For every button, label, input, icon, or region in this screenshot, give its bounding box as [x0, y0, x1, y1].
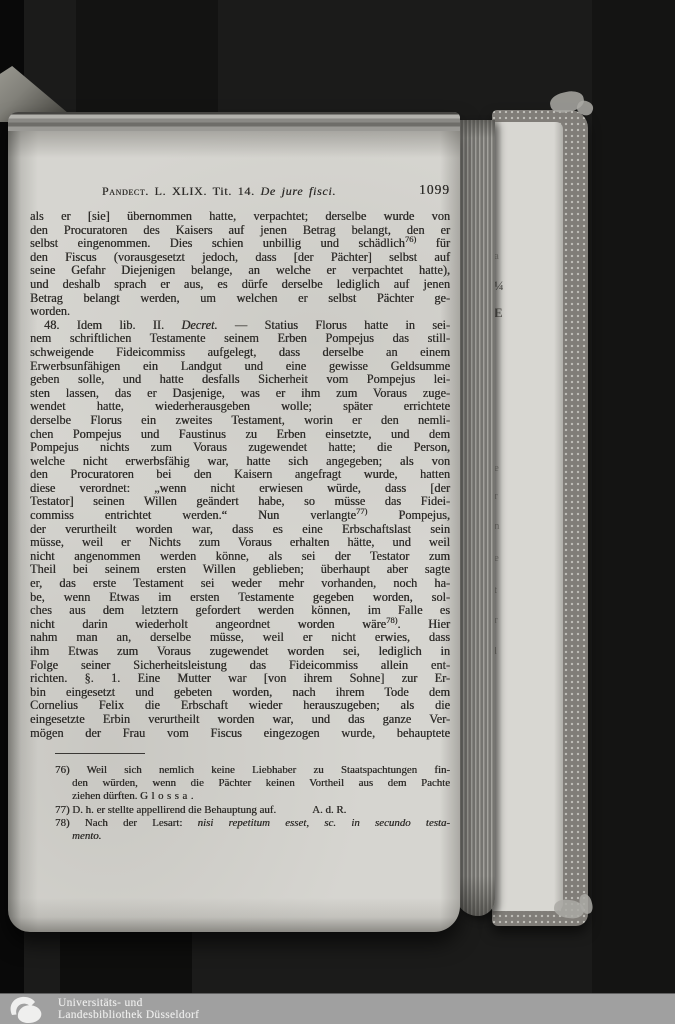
library-bar: Universitäts- und Landesbibliothek Düsse… — [0, 993, 675, 1024]
body-text-line: be, wenn Etwas im ersten Testamente gege… — [30, 591, 450, 605]
body-text-line: wendet hatte, wiederherausgeben wolle; s… — [30, 400, 450, 414]
body-text-line: ihm Etwas zum Voraus zugewendet worden s… — [30, 645, 450, 659]
body-text-line: Theil bei seinem ersten Willen geblieben… — [30, 563, 450, 577]
body-text-line: commiss entrichtet werden.“ Nun verlangt… — [30, 509, 450, 523]
running-head-title: Pandect. L. XLIX. Tit. 14. De jure fisci… — [102, 184, 336, 198]
library-name: Universitäts- und Landesbibliothek Düsse… — [58, 997, 199, 1022]
body-text-line: sten lassen, das er Dasjenige, was er ih… — [30, 387, 450, 401]
body-text-line: nicht darin wiederholt angeordnet worden… — [30, 618, 450, 632]
backdrop-right-area — [592, 0, 675, 1024]
body-text-line: Pompejus nichts zum Voraus zugewendet ha… — [30, 441, 450, 455]
footnote-line: 78) Nach der Lesart: nisi repetitum esse… — [55, 817, 450, 830]
body-text-line: er, das erste Testament sei weder mehr v… — [30, 577, 450, 591]
backdrop-bottom-shadow — [60, 932, 192, 994]
body-text-line: selbst eingenommen. Dies schien unbillig… — [30, 237, 450, 251]
body-text-line: diese verordnet: „wenn nicht erwiesen wü… — [30, 482, 450, 496]
body-text-line: Erwerbsunfähigen ein Landgut und eine ge… — [30, 360, 450, 374]
footnote-line: mento. — [55, 830, 450, 843]
backdrop-shadow-column — [76, 0, 218, 122]
body-text-line: Folge seiner Sicherheitsleistung das Fid… — [30, 659, 450, 673]
body-text-line: derselbe Florus ein zweites Testament, w… — [30, 414, 450, 428]
running-head-work: Pandect. — [102, 184, 149, 198]
footnotes: 76) Weil sich nemlich keine Liebhaber zu… — [55, 764, 450, 843]
running-head: Pandect. L. XLIX. Tit. 14. De jure fisci… — [30, 184, 450, 200]
footnote-line: 77) D. h. er stellte appellirend die Beh… — [55, 804, 450, 817]
body-text-line: nem schriftlichen Testamente seinem Erbe… — [30, 332, 450, 346]
library-name-line2: Landesbibliothek Düsseldorf — [58, 1009, 199, 1022]
edge-bleed-mark: E — [494, 305, 503, 321]
footnote-line: ziehen dürften. Glossa. — [55, 790, 450, 803]
body-text-line: den Procuratoren bei den Kaisern angefra… — [30, 468, 450, 482]
body-text-line: als er [sie] übernommen hatte, verpachte… — [30, 210, 450, 224]
footnote-line: 76) Weil sich nemlich keine Liebhaber zu… — [55, 764, 450, 777]
body-text-line: nicht angenommen werden könne, als sei d… — [30, 550, 450, 564]
page-number: 1099 — [419, 182, 450, 198]
body-text-line: müsse, weil er Nichts zum Voraus erhalte… — [30, 536, 450, 550]
body-text-line: der verurtheilt worden war, dass es eine… — [30, 523, 450, 537]
library-logo-icon — [4, 994, 52, 1024]
footnote-line: den würden, wenn die Pächter keinen Vort… — [55, 777, 450, 790]
book-scan-viewport: a¼Eernetrl Pandect. L. XLIX. Tit. 14. De… — [0, 0, 675, 1024]
body-text-line: schweigende Fideicommiss aufgelegt, dass… — [30, 346, 450, 360]
body-text-line: richten. §. 1. Eine Mutter war [von ihre… — [30, 672, 450, 686]
fore-edge-page-stack — [455, 120, 495, 916]
body-text-line: chen Pompejus und Faustinus zu Erben ein… — [30, 428, 450, 442]
body-text-line: 48. Idem lib. II. Decret. — Statius Flor… — [30, 319, 450, 333]
body-text-line: seine Gefahr Diejenigen belange, an welc… — [30, 264, 450, 278]
body-text-line: worden. — [30, 305, 450, 319]
page-top-edge-rim — [8, 112, 460, 131]
body-text-line: nahm man an, derselbe müsse, weil er nic… — [30, 631, 450, 645]
body-text-line: welche nicht erwerbsfähig war, hatte sic… — [30, 455, 450, 469]
body-text-line: mögen der Frau vom Fiscus eingezogen wur… — [30, 727, 450, 741]
footnote-separator-rule — [55, 753, 145, 754]
edge-bleed-mark: ¼ — [494, 278, 504, 294]
body-text-line: geben solle, und hatte desfalls Sicherhe… — [30, 373, 450, 387]
body-text-line: den Fiscus (vorausgesetzt jedoch, dass [… — [30, 251, 450, 265]
body-text-line: eingesetzte Erbin verurtheilt worden war… — [30, 713, 450, 727]
running-head-latin-title: De jure fisci. — [260, 184, 336, 198]
body-text-line: bin eingesetzt und gebeten worden, nach … — [30, 686, 450, 700]
body-text: als er [sie] übernommen hatte, verpachte… — [30, 210, 450, 740]
body-text-line: Cornelius Felix die Erbschaft wieder her… — [30, 699, 450, 713]
edge-bleed-marks: a¼Eernetrl — [494, 0, 512, 1024]
running-head-reference: L. XLIX. Tit. 14. — [149, 184, 261, 198]
library-name-line1: Universitäts- und — [58, 997, 199, 1010]
body-text-line: und deshalb sprach er aus, es dürfe ders… — [30, 278, 450, 292]
body-text-line: Betrag belangt werden, um welchen er sel… — [30, 292, 450, 306]
